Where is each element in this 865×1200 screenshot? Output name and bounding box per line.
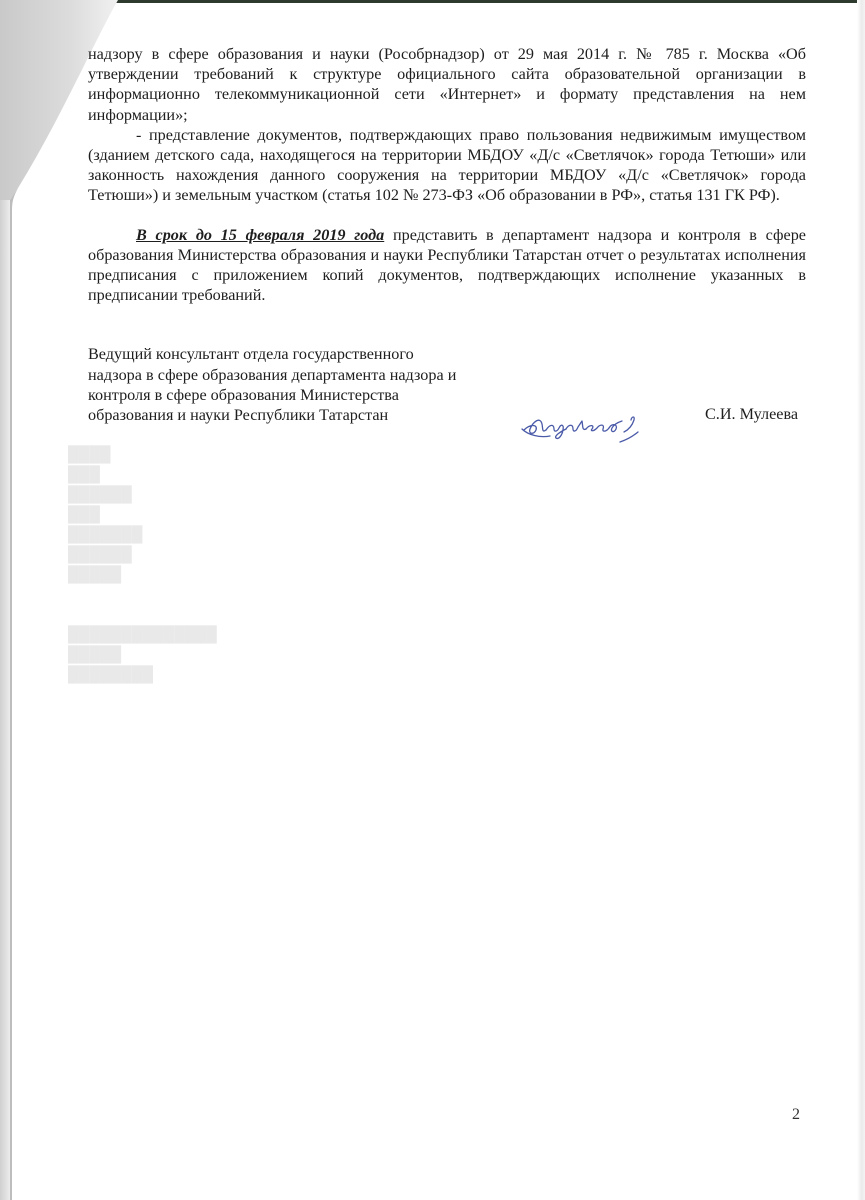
signer-name: С.И. Мулеева: [705, 404, 798, 424]
signer-position-line: надзора в сфере образования департамента…: [88, 365, 508, 385]
deadline-date: В срок до 15 февраля 2019 года: [136, 226, 384, 244]
signer-position-line: образования и науки Республики Татарстан: [88, 405, 508, 425]
bleed-through-text: ████████████████████████████████████████…: [68, 445, 217, 685]
deadline-paragraph: В срок до 15 февраля 2019 года представи…: [88, 225, 806, 306]
signer-position-line: контроля в сфере образования Министерств…: [88, 385, 508, 405]
continuation-paragraph: надзору в сфере образования и науки (Рос…: [88, 44, 806, 125]
signer-position-line: Ведущий консультант отдела государственн…: [88, 344, 508, 364]
scan-right-shadow: [857, 0, 865, 1200]
document-page: ████████████████████████████████████████…: [0, 0, 865, 1200]
signature-block: Ведущий консультант отдела государственн…: [88, 344, 806, 429]
scan-edge-strip: [115, 0, 865, 3]
page-number: 2: [792, 1106, 800, 1124]
signer-position: Ведущий консультант отдела государственн…: [88, 344, 508, 425]
document-body: надзору в сфере образования и науки (Рос…: [88, 44, 806, 429]
property-documents-paragraph: - представление документов, подтверждающ…: [88, 125, 806, 206]
handwritten-signature: [520, 402, 670, 448]
